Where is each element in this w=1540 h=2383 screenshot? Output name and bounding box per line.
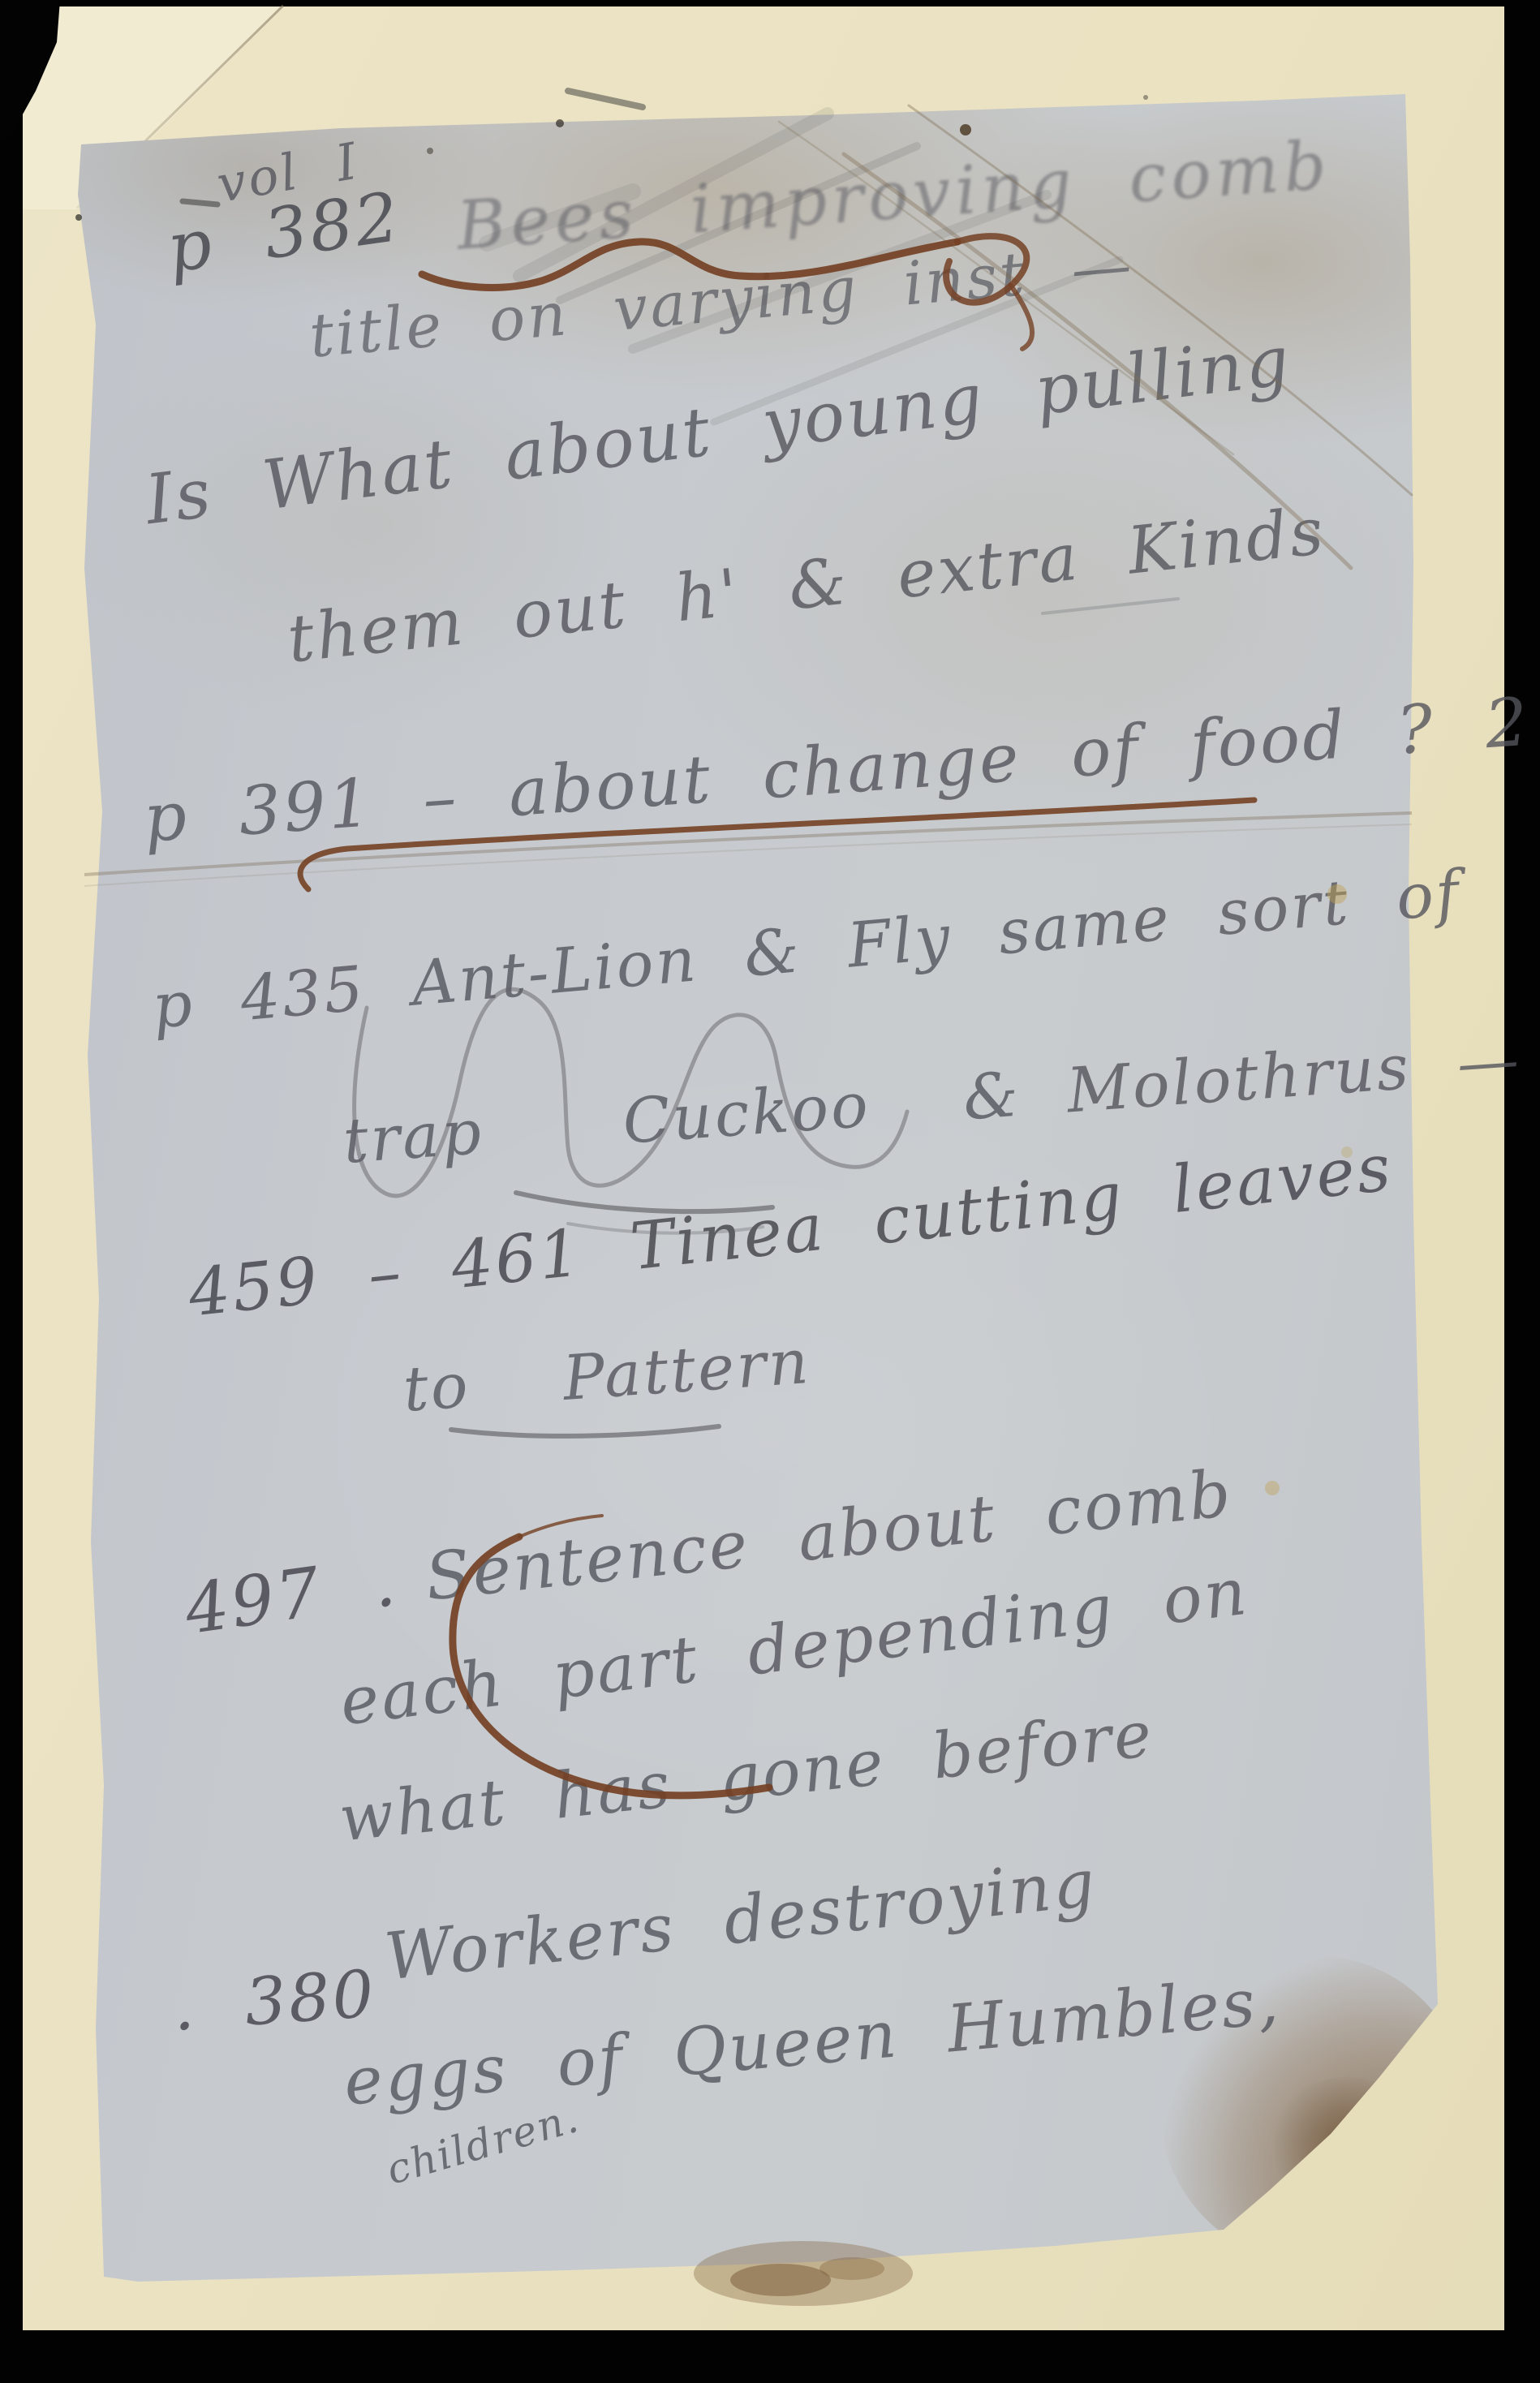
- scanned-manuscript-page: vol I p 382 Bees improving comb title on…: [0, 0, 1540, 2383]
- word-trap: trap: [341, 1095, 486, 1177]
- word-to: to: [401, 1349, 472, 1426]
- note-ref-380: . 380: [170, 1956, 378, 2045]
